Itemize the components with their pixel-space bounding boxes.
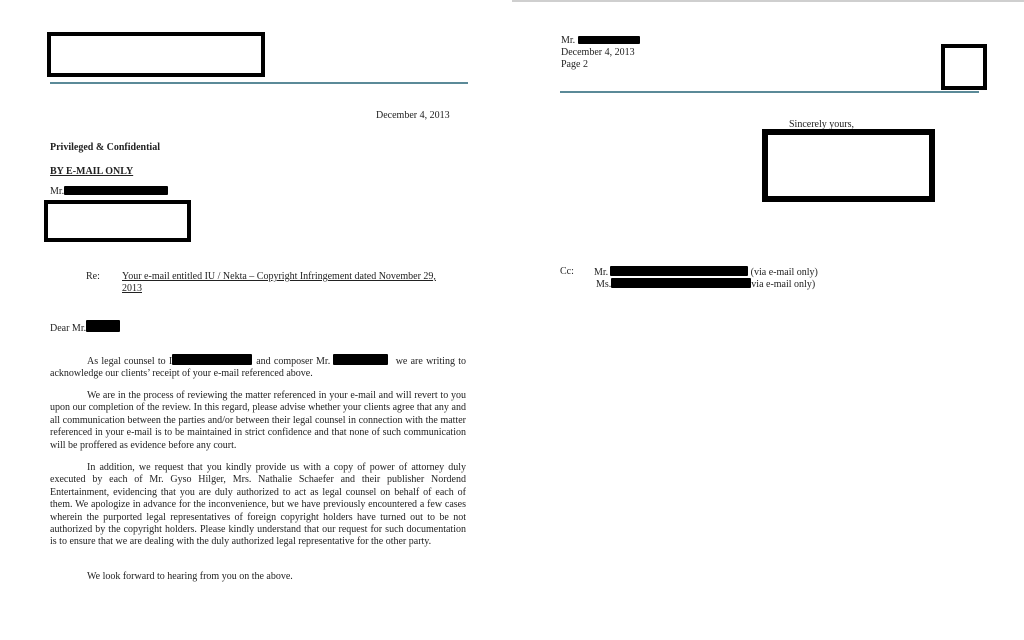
redacted-cc-1-name xyxy=(610,266,748,276)
p1-text-b: and composer Mr. xyxy=(256,356,330,367)
letter-page-1: December 4, 2013 Privileged & Confidenti… xyxy=(0,0,512,640)
salutation: Dear Mr. xyxy=(50,320,120,335)
cc-1-suffix: (via e-mail only) xyxy=(751,267,818,278)
header-prefix: Mr. xyxy=(561,35,575,46)
paragraph-1: As legal counsel to Iand composer Mr. we… xyxy=(50,354,466,381)
re-subject-line-1: Your e-mail entitled IU / Nekta – Copyri… xyxy=(122,271,436,283)
redacted-client-name xyxy=(172,354,252,365)
addressee-line: Mr. xyxy=(50,186,168,198)
page2-header-page: Page 2 xyxy=(561,59,588,71)
cc-2-suffix: via e-mail only) xyxy=(751,279,815,290)
redacted-cc-2-name xyxy=(611,278,751,288)
letter-date: December 4, 2013 xyxy=(376,110,450,122)
redacted-logo xyxy=(941,44,987,90)
cc-entry-2: Ms.via e-mail only) xyxy=(596,278,815,291)
cc-label: Cc: xyxy=(560,266,574,278)
cc-1-prefix: Mr. xyxy=(594,267,608,278)
cc-2-prefix: Ms. xyxy=(596,279,611,290)
salutation-text: Dear Mr. xyxy=(50,323,86,334)
re-subject-line-2: 2013 xyxy=(122,283,142,295)
p2-text: We are in the process of reviewing the m… xyxy=(50,390,466,451)
redacted-address-block xyxy=(44,200,191,242)
redacted-composer-name xyxy=(333,354,388,365)
paragraph-4: We look forward to hearing from you on t… xyxy=(87,571,293,583)
addressee-prefix: Mr. xyxy=(50,186,64,197)
page2-header-rule xyxy=(560,91,979,93)
redacted-salutation-name xyxy=(86,320,120,332)
page2-header-addressee: Mr. xyxy=(561,35,640,47)
redacted-header-name xyxy=(578,36,640,44)
redacted-letterhead xyxy=(47,32,265,77)
letter-page-2: Mr. December 4, 2013 Page 2 Sincerely yo… xyxy=(512,0,1024,640)
p1-text-a: As legal counsel to I xyxy=(87,356,172,367)
re-label: Re: xyxy=(86,271,100,283)
delivery-label: BY E-MAIL ONLY xyxy=(50,166,133,178)
privileged-label: Privileged & Confidential xyxy=(50,142,160,154)
redacted-addressee-name xyxy=(64,186,168,195)
p3-text: In addition, we request that you kindly … xyxy=(50,462,466,547)
page2-header-date: December 4, 2013 xyxy=(561,47,635,59)
header-rule xyxy=(50,82,468,84)
p4-text: We look forward to hearing from you on t… xyxy=(87,571,293,582)
paragraph-3: In addition, we request that you kindly … xyxy=(50,462,466,549)
redacted-signature-block xyxy=(762,129,935,202)
paragraph-2: We are in the process of reviewing the m… xyxy=(50,390,466,452)
